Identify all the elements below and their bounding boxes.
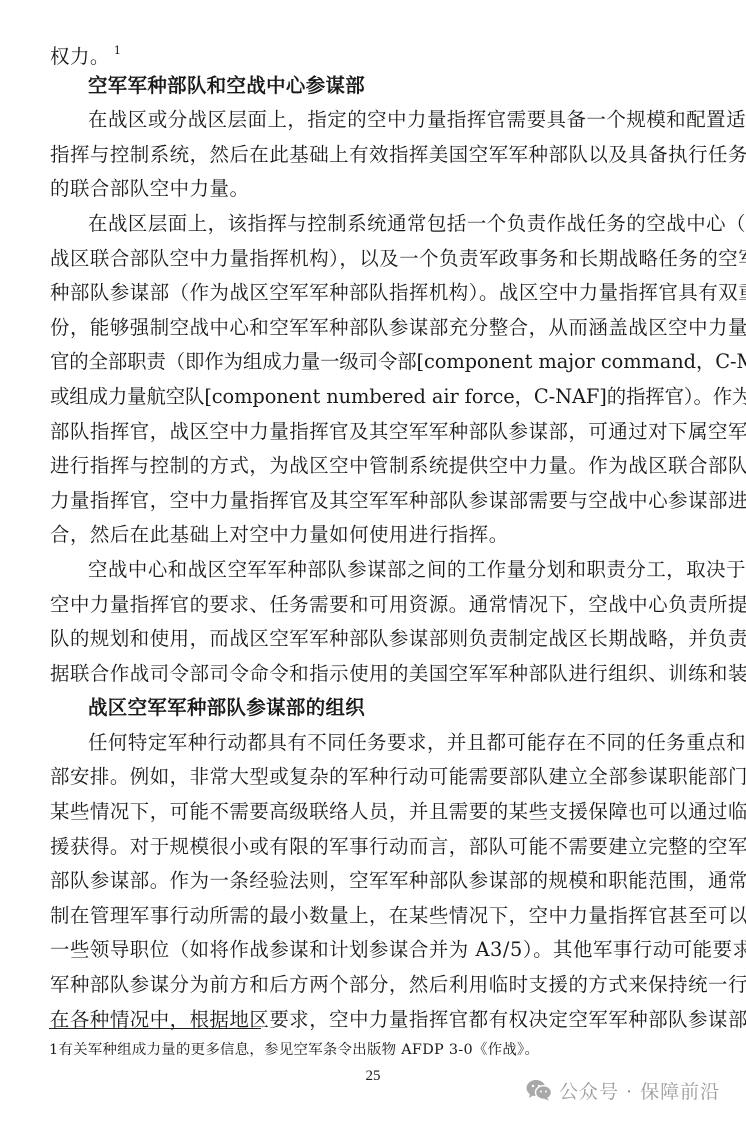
document-page: 权力。1 空军军种部队和空战中心参谋部 在战区或分战区层面上，指定的空中力量指挥…: [50, 34, 698, 1037]
body-line: 任何特定军种行动都具有不同任务要求，并且都可能存在不同的任务重点和参谋: [50, 726, 698, 761]
body-line: 力量指挥官，空中力量指挥官及其空军军种部队参谋部需要与空战中心参谋部进行整: [50, 484, 698, 519]
section-heading: 战区空军军种部队参谋部的组织: [50, 691, 698, 726]
body-line: 据联合作战司令部司令命令和指示使用的美国空军军种部队进行组织、训练和装备。: [50, 657, 698, 692]
body-line: 空中力量指挥官的要求、任务需要和可用资源。通常情况下，空战中心负责所提供部: [50, 588, 698, 623]
footnote-reference[interactable]: 1: [114, 44, 121, 57]
footnote-divider: [49, 1028, 261, 1029]
body-line: 部安排。例如，非常大型或复杂的军种行动可能需要部队建立全部参谋职能部门。在: [50, 760, 698, 795]
body-line: 种部队参谋部（作为战区空军军种部队指挥机构）。战区空中力量指挥官具有双重身: [50, 276, 698, 311]
body-line: 部队参谋部。作为一条经验法则，空军军种部队参谋部的规模和职能范围，通常应控: [50, 864, 698, 899]
section-heading: 空军军种部队和空战中心参谋部: [50, 69, 698, 104]
body-line: 合，然后在此基础上对空中力量如何使用进行指挥。: [50, 518, 698, 553]
body-line: 空战中心和战区空军军种部队参谋部之间的工作量分划和职责分工，取决于战区: [50, 553, 698, 588]
body-line: 进行指挥与控制的方式，为战区空中管制系统提供空中力量。作为战区联合部队空中: [50, 449, 698, 484]
body-line: 份，能够强制空战中心和空军军种部队参谋部充分整合，从而涵盖战区空中力量指挥: [50, 311, 698, 346]
body-line: 一些领导职位（如将作战参谋和计划参谋合并为 A3/5）。其他军事行动可能要求空军: [50, 933, 698, 968]
watermark-text: 公众号 · 保障前沿: [559, 1077, 720, 1104]
body-line: 的联合部队空中力量。: [50, 172, 698, 207]
body-line: 军种部队参谋分为前方和后方两个部分，然后利用临时支援的方式来保持统一行动。: [50, 968, 698, 1003]
watermark: 公众号 · 保障前沿: [526, 1077, 720, 1103]
body-line: 指挥与控制系统，然后在此基础上有效指挥美国空军军种部队以及具备执行任务能力: [50, 138, 698, 173]
body-line: 在战区或分战区层面上，指定的空中力量指挥官需要具备一个规模和配置适当的: [50, 103, 698, 138]
body-line: 或组成力量航空队[component numbered air force，C-…: [50, 380, 698, 415]
footnote: 1有关军种组成力量的更多信息，参见空军条令出版物 AFDP 3-0《作战》。: [49, 1040, 539, 1060]
body-line: 制在管理军事行动所需的最小数量上，在某些情况下，空中力量指挥官甚至可以合并: [50, 899, 698, 934]
body-line: 战区联合部队空中力量指挥机构），以及一个负责军政事务和长期战略任务的空军军: [50, 242, 698, 277]
body-line: 援获得。对于规模很小或有限的军事行动而言，部队可能不需要建立完整的空军军种: [50, 830, 698, 865]
wechat-icon: [526, 1079, 552, 1101]
body-line: 部队指挥官，战区空中力量指挥官及其空军军种部队参谋部，可通过对下属空军部队: [50, 415, 698, 450]
body-line: 官的全部职责（即作为组成力量一级司令部[component major comm…: [50, 345, 698, 380]
body-line: 队的规划和使用，而战区空军军种部队参谋部则负责制定战区长期战略，并负责对根: [50, 622, 698, 657]
line-text: 权力。: [50, 45, 110, 68]
body-line: 在各种情况中，根据地区要求，空中力量指挥官都有权决定空军军种部队参谋部、空: [50, 1003, 698, 1038]
body-line: 在战区层面上，该指挥与控制系统通常包括一个负责作战任务的空战中心（作为: [50, 207, 698, 242]
body-line: 权力。1: [50, 34, 698, 69]
body-line: 某些情况下，可能不需要高级联络人员，并且需要的某些支援保障也可以通过临时支: [50, 795, 698, 830]
